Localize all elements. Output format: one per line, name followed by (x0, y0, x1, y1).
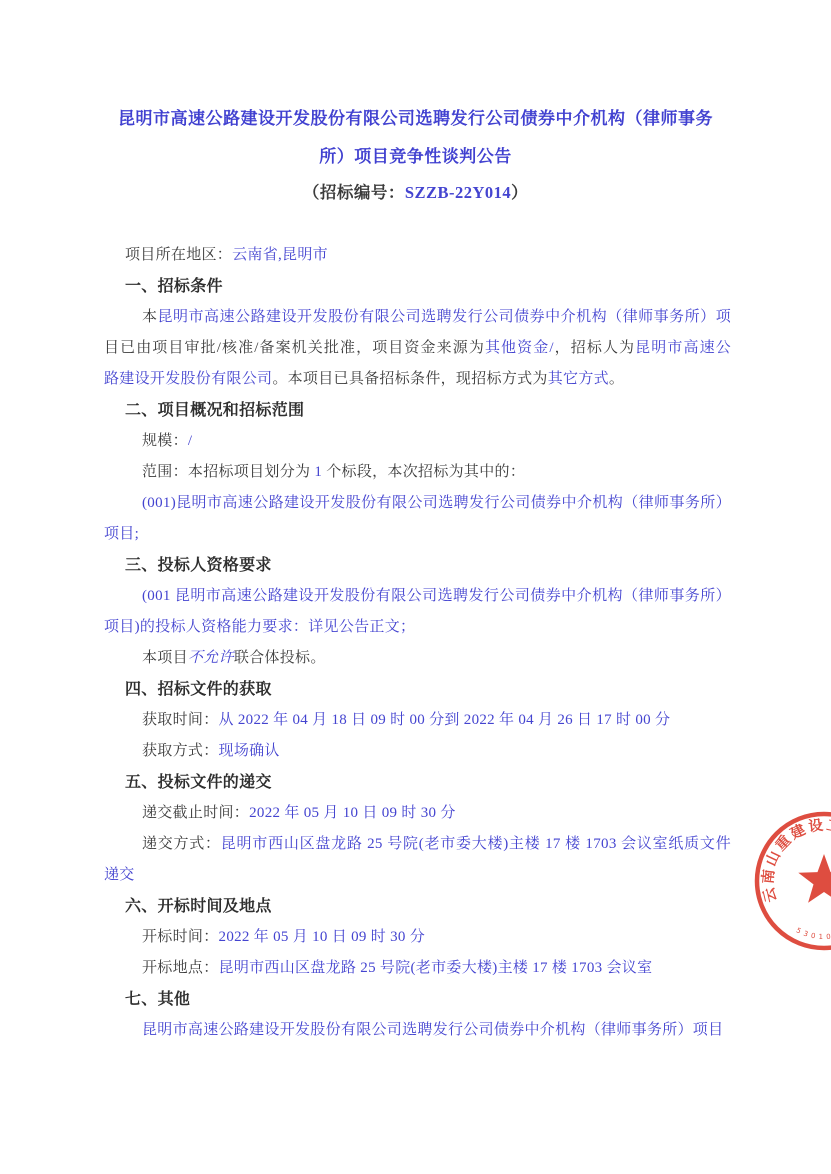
text-run: 个标段，本次招标为其中的： (322, 464, 525, 480)
text-run: 联合体投标。 (234, 650, 326, 666)
document-body: 项目所在地区：云南省,昆明市 一、招标条件 本昆明市高速公路建设开发股份有限公司… (104, 240, 731, 1046)
svg-text:云南山重建设工程有限公司: 云南山重建设工程有限公司 (758, 815, 831, 908)
obtain-method-value: 现场确认 (219, 743, 280, 759)
text-run: 范围：本招标项目划分为 (142, 464, 314, 480)
qualification-line-2: 项目)的投标人资格能力要求：详见公告正文； (104, 612, 731, 643)
section-1-heading: 一、招标条件 (104, 271, 731, 302)
text-run: 其他资金/ (485, 340, 554, 356)
title-line-1: 昆明市高速公路建设开发股份有限公司选聘发行公司债券中介机构（律师事务 (0, 100, 831, 138)
region-line: 项目所在地区：云南省,昆明市 (104, 240, 731, 271)
text-run: 递交 (104, 867, 135, 883)
opening-time-value: 2022 年 05 月 10 日 09 时 30 分 (219, 929, 426, 945)
consortium-line: 本项目不允许联合体投标。 (104, 643, 731, 674)
text-run: (001 昆明市高速公路建设开发股份有限公司选聘发行公司债券中介机构（律师事务所… (142, 588, 731, 604)
text-run: 目已由项目审批/核准/备案机关批准，项目资金来源为 (104, 340, 485, 356)
submission-method-line-2: 递交 (104, 860, 731, 891)
region-label: 项目所在地区： (125, 247, 232, 263)
scale-label: 规模： (142, 433, 188, 449)
text-run: 项目; (104, 526, 139, 542)
submission-method-value: 昆明市西山区盘龙路 25 号院(老市委大楼)主楼 17 楼 1703 会议室纸质… (221, 836, 731, 852)
title-line-2: 所）项目竞争性谈判公告 (0, 138, 831, 176)
text-run: 昆明市高速公 (635, 340, 731, 356)
seal-serial: 5301008 (795, 926, 831, 941)
obtain-time-line: 获取时间：从 2022 年 04 月 18 日 09 时 00 分到 2022 … (104, 705, 731, 736)
not-allowed-text: 不允许 (188, 650, 234, 666)
lot-count: 1 (314, 464, 322, 480)
seal-arc-text: 云南山重建设工程有限公司 (758, 815, 831, 908)
opening-time-line: 开标时间：2022 年 05 月 10 日 09 时 30 分 (104, 922, 731, 953)
tender-number-code: SZZB-22Y014 (405, 183, 511, 202)
text-run: 本 (142, 309, 158, 325)
text-run: 。 (609, 371, 624, 387)
paragraph-line-2: 目已由项目审批/核准/备案机关批准，项目资金来源为其他资金/，招标人为昆明市高速… (104, 333, 731, 364)
opening-place-label: 开标地点： (142, 960, 219, 976)
submission-method-label: 递交方式： (142, 836, 221, 852)
lot-line-2: 项目; (104, 519, 731, 550)
text-run: 昆明市高速公路建设开发股份有限公司选聘发行公司债券中介机构（律师事务所）项 (158, 309, 731, 325)
tender-number-line: （招标编号：SZZB-22Y014） (0, 176, 831, 210)
text-run: 项目)的投标人资格能力要求：详见公告正文； (104, 619, 415, 635)
text-run: ，招标人为 (554, 340, 635, 356)
text-run: 其它方式 (548, 371, 609, 387)
tender-number-suffix: ） (511, 183, 528, 202)
lot-line-1: (001)昆明市高速公路建设开发股份有限公司选聘发行公司债券中介机构（律师事务所… (104, 488, 731, 519)
svg-text:5301008: 5301008 (795, 926, 831, 941)
section-6-heading: 六、开标时间及地点 (104, 891, 731, 922)
scale-line: 规模：/ (104, 426, 731, 457)
document-page: 昆明市高速公路建设开发股份有限公司选聘发行公司债券中介机构（律师事务 所）项目竞… (0, 0, 831, 1174)
seal-star-icon (798, 854, 831, 903)
submission-deadline-label: 递交截止时间： (142, 805, 249, 821)
seal-ring (757, 814, 831, 948)
paragraph-line-3: 路建设开发股份有限公司。本项目已具备招标条件，现招标方式为其它方式。 (104, 364, 731, 395)
section-2-heading: 二、项目概况和招标范围 (104, 395, 731, 426)
text-run: 本项目 (142, 650, 188, 666)
tender-number-prefix: （招标编号： (303, 183, 405, 202)
qualification-line-1: (001 昆明市高速公路建设开发股份有限公司选聘发行公司债券中介机构（律师事务所… (104, 581, 731, 612)
scope-line: 范围：本招标项目划分为 1 个标段，本次招标为其中的： (104, 457, 731, 488)
opening-time-label: 开标时间： (142, 929, 219, 945)
section-4-heading: 四、招标文件的获取 (104, 674, 731, 705)
section-7-heading: 七、其他 (104, 984, 731, 1015)
submission-deadline-value: 2022 年 05 月 10 日 09 时 30 分 (249, 805, 456, 821)
other-line: 昆明市高速公路建设开发股份有限公司选聘发行公司债券中介机构（律师事务所）项目 (104, 1015, 731, 1046)
submission-deadline-line: 递交截止时间：2022 年 05 月 10 日 09 时 30 分 (104, 798, 731, 829)
section-5-heading: 五、投标文件的递交 (104, 767, 731, 798)
text-run: (001)昆明市高速公路建设开发股份有限公司选聘发行公司债券中介机构（律师事务所… (142, 495, 731, 511)
scale-value: / (188, 433, 192, 449)
text-run: 昆明市高速公路建设开发股份有限公司选聘发行公司债券中介机构（律师事务所）项目 (142, 1022, 723, 1038)
submission-method-line-1: 递交方式：昆明市西山区盘龙路 25 号院(老市委大楼)主楼 17 楼 1703 … (104, 829, 731, 860)
opening-place-value: 昆明市西山区盘龙路 25 号院(老市委大楼)主楼 17 楼 1703 会议室 (219, 960, 653, 976)
paragraph-line-1: 本昆明市高速公路建设开发股份有限公司选聘发行公司债券中介机构（律师事务所）项 (104, 302, 731, 333)
company-seal-stamp: 云南山重建设工程有限公司 5301008 (741, 790, 831, 1020)
obtain-time-value: 从 2022 年 04 月 18 日 09 时 00 分到 2022 年 04 … (219, 712, 671, 728)
region-value: 云南省,昆明市 (232, 247, 328, 263)
obtain-method-label: 获取方式： (142, 743, 219, 759)
document-title: 昆明市高速公路建设开发股份有限公司选聘发行公司债券中介机构（律师事务 所）项目竞… (0, 100, 831, 176)
text-run: 路建设开发股份有限公司 (104, 371, 272, 387)
text-run: 。本项目已具备招标条件，现招标方式为 (272, 371, 547, 387)
obtain-method-line: 获取方式：现场确认 (104, 736, 731, 767)
opening-place-line: 开标地点：昆明市西山区盘龙路 25 号院(老市委大楼)主楼 17 楼 1703 … (104, 953, 731, 984)
section-3-heading: 三、投标人资格要求 (104, 550, 731, 581)
obtain-time-label: 获取时间： (142, 712, 219, 728)
